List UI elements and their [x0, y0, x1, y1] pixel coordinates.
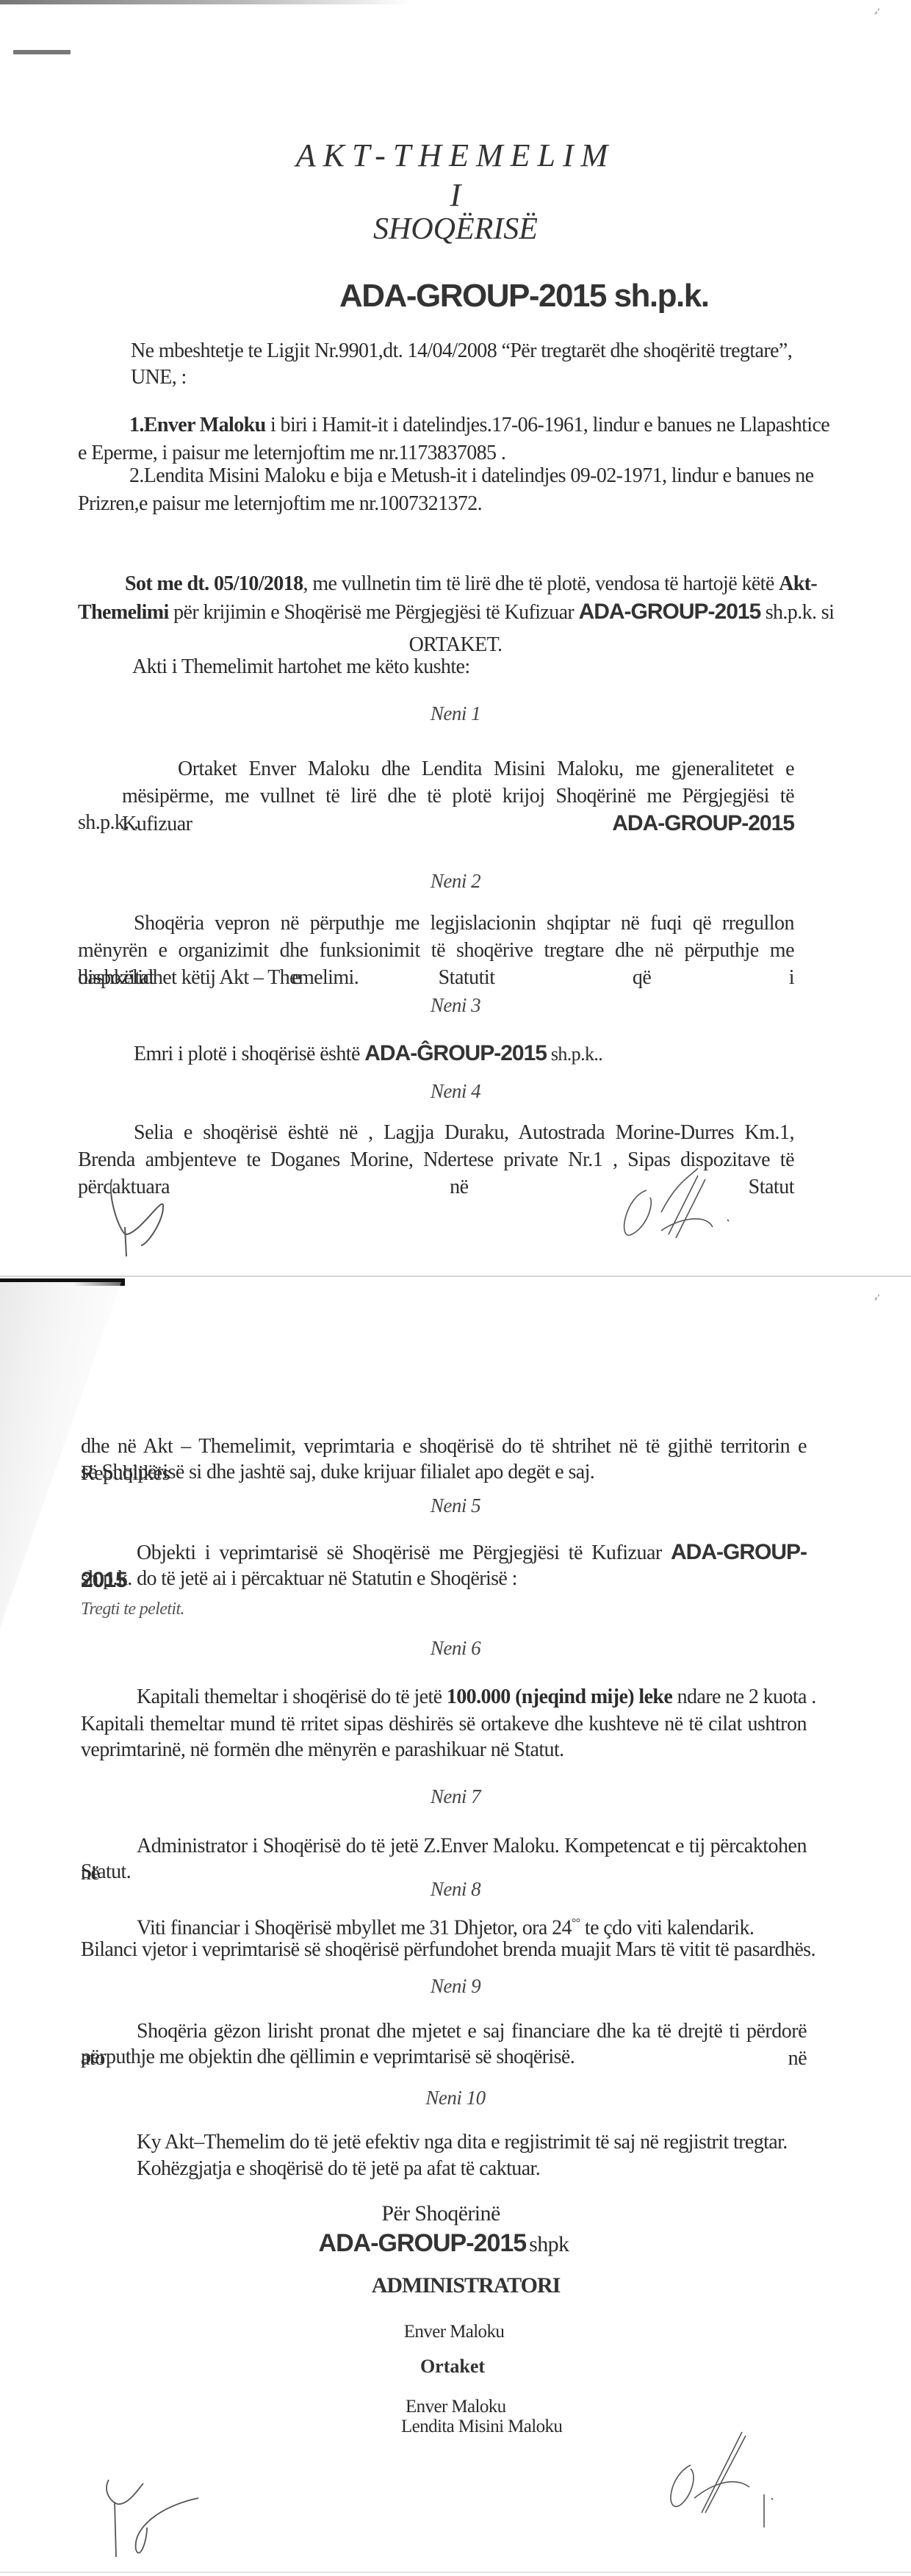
- article-8-line-2: Bilanci vjetor i veprimtarisë së shoqëri…: [81, 1937, 815, 1963]
- article-6-text-last: veprimtarinë, në formën dhe mënyrën e pa…: [81, 1737, 564, 1763]
- article-1-company: ADA-GROUP-2015: [612, 811, 794, 835]
- article-10-line-1: Ky Akt–Themelim do të jetë efektiv nga d…: [137, 2129, 788, 2156]
- declaration-line-1: Sot me dt. 05/10/2018, me vullnetin tim …: [125, 571, 817, 597]
- scan-mark: ⸗ʹ: [874, 7, 880, 19]
- article-6-line-1: Kapitali themeltar i shoqërisë do të jet…: [137, 1684, 816, 1710]
- article-6-quotas: ndare ne 2 kuota .: [672, 1685, 815, 1708]
- article-8-body-end: te çdo viti kalendarik.: [580, 1916, 755, 1939]
- page-divider: [0, 1276, 911, 1277]
- article-3-heading: Neni 3: [0, 994, 911, 1017]
- declaration-akt: Akt-: [779, 572, 817, 595]
- signature-left-page-1: [110, 1176, 176, 1260]
- closing-company-name: ADA-GROUP-2015: [319, 2229, 527, 2257]
- article-5-body: Objekti i veprimtarisë së Shoqërisë me P…: [137, 1541, 671, 1564]
- founder-1-name: 1.Enver Maloku: [129, 414, 266, 436]
- closing-company: ADA-GROUP-2015 shpk: [0, 2229, 899, 2258]
- intro-legal-basis: Ne mbeshtetje te Ligjit Nr.9901,dt. 14/0…: [131, 338, 792, 364]
- article-8-superscript: °°: [572, 1917, 580, 1929]
- article-8-body: Viti financiar i Shoqërisë mbyllet me 31…: [137, 1916, 572, 1939]
- article-10-heading: Neni 10: [0, 2087, 911, 2109]
- declaration-themelimi: Themelimi: [78, 601, 169, 624]
- declaration-suffix: sh.p.k. si: [760, 601, 834, 624]
- signature-right-page-1: [617, 1168, 742, 1253]
- administrator-heading: ADMINISTRATORI: [10, 2273, 911, 2298]
- article-5-suffix: sh.p.k. do të jetë ai i përcaktuar në St…: [81, 1566, 517, 1592]
- scan-mark-2: ⸗ʹ: [874, 1293, 880, 1305]
- article-3-company: ADA-ĜROUP-2015: [364, 1041, 547, 1065]
- article-1-text: Ortaket Enver Maloku dhe Lendita Misini …: [122, 755, 794, 838]
- founder-1-details: i biri i Hamit-it i datelindjes.17-06-19…: [266, 414, 830, 436]
- article-8-heading: Neni 8: [0, 1878, 911, 1901]
- scan-edge-shadow: [0, 0, 411, 4]
- article-9-text-last: përputhje me objektin dhe qëllimin e vep…: [81, 2044, 575, 2070]
- article-3-suffix: sh.p.k..: [547, 1043, 602, 1065]
- declaration-company: ADA-GROUP-2015: [579, 600, 761, 624]
- article-10-line-2: Kohëzgjatja e shoqërisë do të jetë pa af…: [137, 2156, 540, 2182]
- article-6-heading: Neni 6: [0, 1637, 911, 1660]
- signature-right-page-2: [661, 2432, 793, 2531]
- article-5-activity: Tregti te peletit.: [81, 1596, 184, 1622]
- closing-for-company: Për Shoqërinë: [0, 2201, 896, 2227]
- article-6-body: Kapitali themeltar i shoqërisë do të jet…: [137, 1685, 447, 1708]
- bottom-edge: [0, 2572, 911, 2573]
- intro-une: UNE, :: [131, 364, 187, 391]
- declaration-text-2: për krijimin e Shoqërisë me Përgjegjësi …: [169, 601, 579, 624]
- title-shoqerise: SHOQËRISË: [0, 212, 911, 247]
- article-9-heading: Neni 9: [0, 1975, 911, 1998]
- declaration-line-2: Themelimi për krijimin e Shoqërisë me Pë…: [78, 599, 834, 626]
- conditions-intro: Akti i Themelimit hartohet me këto kusht…: [132, 654, 470, 680]
- article-1-suffix: sh.p.k. .: [78, 810, 139, 836]
- article-3-text: Emri i plotë i shoqërisë është ADA-ĜROUP…: [134, 1040, 602, 1068]
- title-akt-themelim: AKT-THEMELIM: [0, 137, 911, 174]
- signature-left-page-2: [103, 2469, 206, 2561]
- article-2-heading: Neni 2: [0, 870, 911, 893]
- closing-company-suffix: shpk: [529, 2232, 569, 2256]
- partners-heading: Ortaket: [0, 2356, 908, 2378]
- company-heading: ADA-GROUP-2015 sh.p.k.: [339, 278, 708, 314]
- article-5-heading: Neni 5: [0, 1494, 911, 1517]
- binding-mark: [13, 50, 71, 54]
- article-6-text: Kapitali themeltar mund të rritet sipas …: [81, 1710, 807, 1738]
- founder-2-line-2: Prizren,e paisur me leternjoftim me nr.1…: [78, 491, 482, 517]
- declaration-text: , me vullnetin tim të lirë dhe të plotë,…: [303, 572, 779, 595]
- founder-1-line-1: 1.Enver Maloku i biri i Hamit-it i datel…: [129, 412, 829, 439]
- partner-2: Lendita Misini Maloku: [401, 2414, 562, 2440]
- founder-2-line-1: 2.Lendita Misini Maloku e bija e Metush-…: [129, 463, 814, 489]
- administrator-name: Enver Maloku: [0, 2319, 910, 2345]
- article-1-heading: Neni 1: [0, 702, 911, 725]
- article-2-text-last: bashkëlidhet këtij Akt – Themelimi.: [78, 965, 359, 991]
- article-6-capital: 100.000 (njeqind mije) leke: [447, 1685, 672, 1708]
- article-3-body: Emri i plotë i shoqërisë është: [134, 1043, 364, 1065]
- declaration-date: Sot me dt. 05/10/2018: [125, 572, 303, 595]
- article-7-heading: Neni 7: [0, 1785, 911, 1808]
- article-4-heading: Neni 4: [0, 1080, 911, 1103]
- title-i: I: [0, 176, 911, 214]
- article-4-continuation-last: së Shqipërisë si dhe jashtë saj, duke kr…: [81, 1459, 594, 1486]
